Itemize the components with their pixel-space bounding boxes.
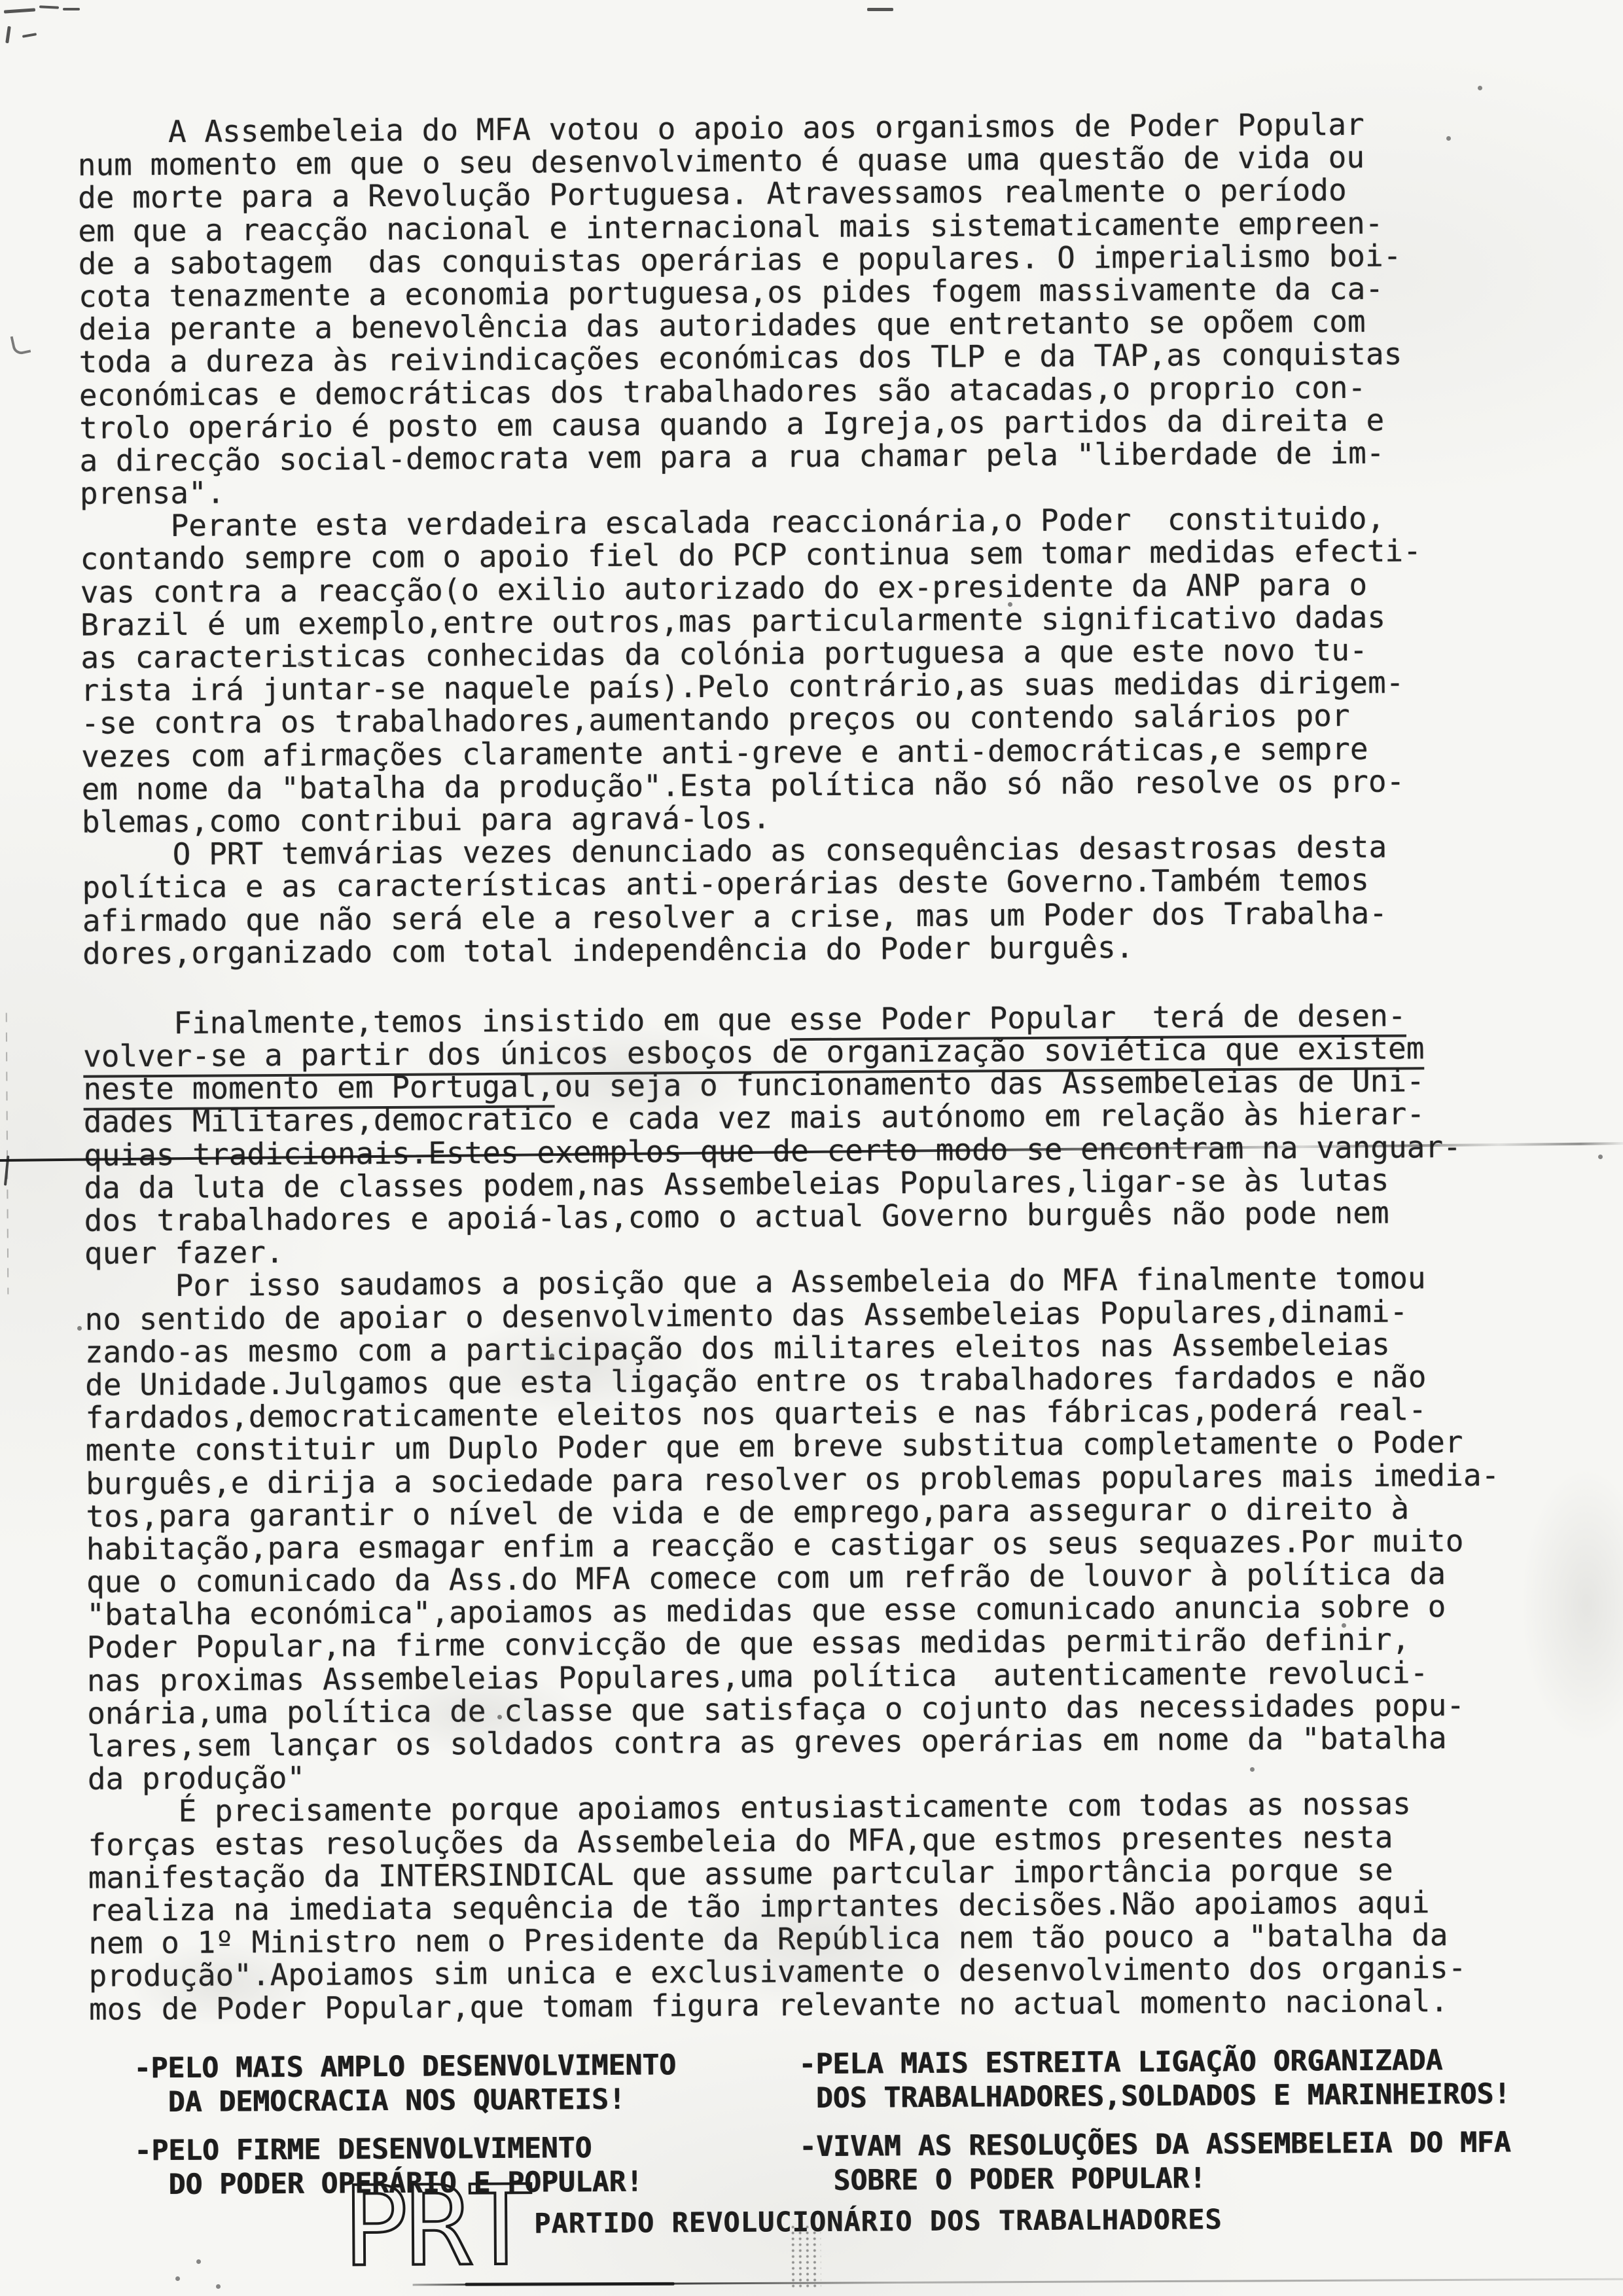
party-name-text: PARTIDO REVOLUCIONÁRIO DOS TRABALHADORES: [534, 2203, 1222, 2239]
scan-dot: [592, 1047, 597, 1052]
prt-logo: PRT: [342, 2174, 539, 2286]
scan-dot: [497, 1715, 502, 1719]
margin-pen-mark: [10, 333, 31, 356]
scan-dot: [1478, 86, 1482, 90]
scan-dot: [77, 1326, 82, 1331]
slogan: -PELA MAIS ESTREITA LIGAÇÃO ORGANIZADA D…: [798, 2043, 1510, 2116]
scan-dot: [1250, 1767, 1255, 1772]
speckle-column: [789, 2224, 821, 2289]
slogan-line: -PELA MAIS ESTREITA LIGAÇÃO ORGANIZADA: [798, 2043, 1510, 2082]
slogan: -VIVAM AS RESOLUÇÕES DA ASSEMBELEIA DO M…: [799, 2126, 1511, 2198]
text-segment: quer fazer.: [84, 1234, 284, 1271]
slogans-right-column: -PELA MAIS ESTREITA LIGAÇÃO ORGANIZADA D…: [798, 2043, 1511, 2213]
slogan: -PELO MAIS AMPLO DESENVOLVIMENTO DA DEMO…: [134, 2048, 676, 2119]
slogan-line: DA DEMOCRACIA NOS QUARTEIS!: [134, 2082, 677, 2119]
slogan-line: -PELO FIRME DESENVOLVIMENTO: [134, 2130, 677, 2168]
scan-dot: [1598, 1155, 1603, 1159]
slogan-line: -VIVAM AS RESOLUÇÕES DA ASSEMBELEIA DO M…: [799, 2126, 1511, 2164]
scan-dot: [175, 2276, 180, 2281]
scan-dot: [298, 662, 302, 666]
scan-dot: [550, 1354, 554, 1358]
text-segment: da produção": [88, 1760, 306, 1797]
scan-dot: [1446, 136, 1451, 141]
text-segment: prensa".: [80, 475, 225, 511]
slogan-line: SOBRE O PODER POPULAR!: [799, 2160, 1511, 2198]
scan-dot: [216, 2284, 221, 2289]
left-fold-line: [6, 1013, 9, 1295]
corner-pen-mark: [63, 8, 80, 10]
body-text: A Assembeleia do MFA votou o apoio aos o…: [77, 107, 1588, 2026]
top-dash-mark: [867, 8, 893, 11]
scan-dot: [1008, 602, 1012, 607]
scan-dot: [196, 2259, 201, 2264]
bottom-scan-line-dark: [465, 2282, 675, 2286]
scan-dot: [1342, 1623, 1346, 1628]
slogan-line: DOS TRABALHADORES,SOLDADOS E MARINHEIROS…: [799, 2077, 1511, 2116]
text-segment: dores,organizado com total independência…: [82, 929, 1134, 971]
scan-tilt-layer: A Assembeleia do MFA votou o apoio aos o…: [0, 0, 1623, 2296]
slogan-line: -PELO MAIS AMPLO DESENVOLVIMENTO: [134, 2048, 676, 2085]
scanned-leaflet-page: A Assembeleia do MFA votou o apoio aos o…: [0, 0, 1623, 2296]
prt-logo-text: PRT: [342, 2174, 531, 2286]
